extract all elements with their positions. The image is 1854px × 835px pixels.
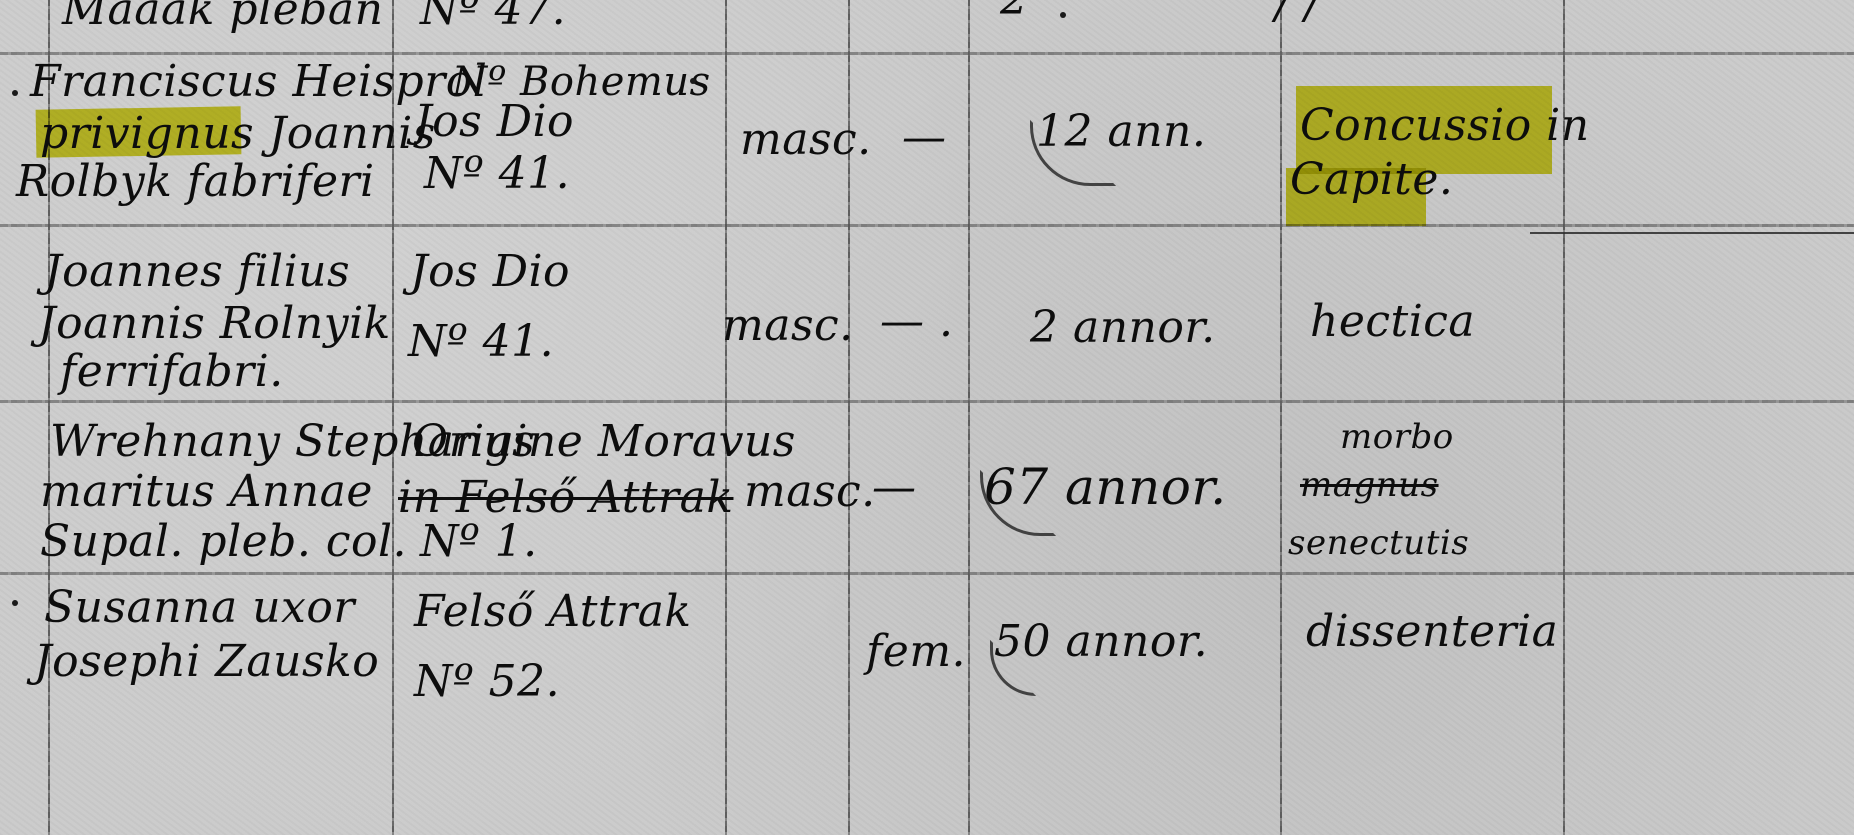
row3-sex: masc. (744, 470, 876, 514)
row-rule-4 (0, 572, 1854, 575)
row2-cause: hectica (1310, 300, 1475, 344)
row-rule-3 (0, 400, 1854, 403)
row2-name-line3: ferrifabri. (60, 350, 284, 394)
row3-residence-line3: Nº 1. (420, 520, 538, 564)
row0-name-line1: Maaak pleban (62, 0, 383, 32)
row2-age: 2 annor. (1030, 306, 1216, 350)
row4-name-line1: Susanna uxor (44, 586, 355, 630)
row1-name-line2: privignus Joannis (40, 112, 436, 156)
row2-blank-dash: — . (880, 300, 953, 344)
row2-name-line2: Joannis Rolnyik (38, 302, 391, 346)
row4-sex: fem. (866, 630, 966, 674)
row4-cause: dissenteria (1306, 610, 1558, 654)
row1-residence-line2: Jos Dio (414, 100, 574, 144)
row1-cause-line2: Capite. (1290, 158, 1453, 202)
row1-blank-dash: — (902, 116, 947, 160)
ink-dot (12, 600, 18, 606)
row4-residence-line1: Felső Attrak (414, 590, 692, 634)
row3-blank-dash: — (872, 466, 917, 510)
row0-residence: Nº 47. (420, 0, 566, 32)
column-rule-5 (968, 0, 970, 835)
row2-sex: masc. (722, 304, 854, 348)
row0-age: 2 (1000, 0, 1029, 22)
row2-name-line1: Joannes filius (44, 250, 350, 294)
row1-cause-line1: Concussio in (1300, 104, 1590, 148)
row-rule-2-right (1530, 232, 1854, 234)
row1-residence-line3: Nº 41. (424, 152, 570, 196)
row1-name-line3: Rolbyk fabriferi (16, 160, 375, 204)
register-page: Maaak pleban Nº 47. 2 / / Franciscus Hei… (0, 0, 1854, 835)
column-rule-6 (1280, 0, 1282, 835)
row-rule-2 (0, 224, 1854, 227)
ink-dot (690, 78, 696, 84)
row3-name-line3: Supal. pleb. col. (40, 520, 407, 564)
row4-name-line2: Josephi Zausko (34, 640, 379, 684)
row-rule-1 (0, 52, 1854, 55)
row3-cause-line3: senectutis (1288, 526, 1469, 560)
row3-residence-line1: Origine Moravus (412, 420, 796, 464)
row3-residence-line2: in Felső Attrak (398, 476, 733, 520)
row1-sex: masc. (740, 118, 872, 162)
row2-residence-line2: Nº 41. (408, 320, 554, 364)
row3-cause-line2: magnus (1300, 468, 1439, 502)
row0-cause: / / (1275, 0, 1320, 26)
ink-dot (1060, 12, 1066, 18)
row2-residence-line1: Jos Dio (410, 250, 570, 294)
row3-name-line2: maritus Annae (40, 470, 373, 514)
row4-residence-line2: Nº 52. (414, 660, 560, 704)
row3-age-mark (980, 470, 1056, 536)
row3-cause-line1: morbo (1340, 420, 1454, 454)
row4-age-mark (990, 640, 1036, 696)
row1-age-mark (1030, 120, 1116, 186)
ink-dot (12, 90, 18, 96)
